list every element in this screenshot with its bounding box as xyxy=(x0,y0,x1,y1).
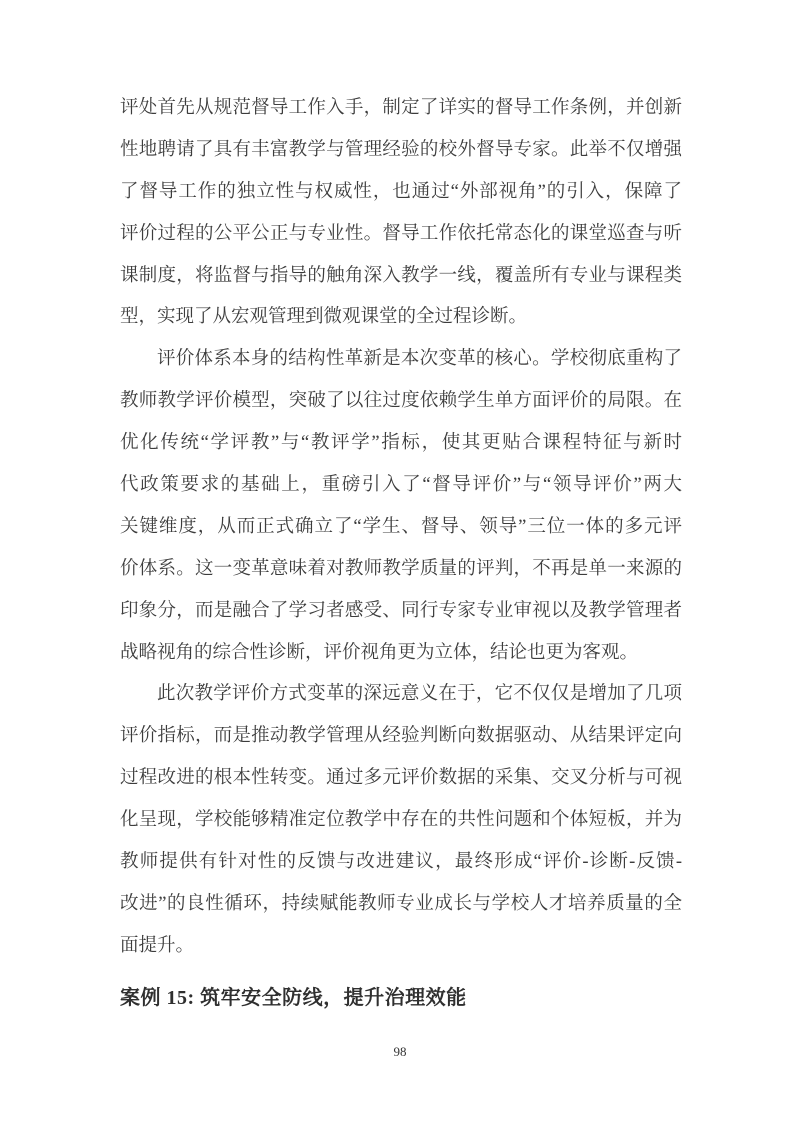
document-body: 评处首先从规范督导工作入手，制定了详实的督导工作条例，并创新性地聘请了具有丰富教… xyxy=(120,88,682,1019)
text-line: 关键维度，从而正式确立了“学生、督导、领导”三位一体的多元评 xyxy=(120,507,682,549)
text-line: 了督导工作的独立性与权威性，也通过“外部视角”的引入，保障了 xyxy=(120,172,682,214)
text-line: 性地聘请了具有丰富教学与管理经验的校外督导专家。此举不仅增强 xyxy=(120,130,682,172)
text-line: 价体系。这一变革意味着对教师教学质量的评判，不再是单一来源的 xyxy=(120,549,682,591)
text-line: 优化传统“学评教”与“教评学”指标，使其更贴合课程特征与新时 xyxy=(120,423,682,465)
text-line: 教师提供有针对性的反馈与改进建议，最终形成“评价-诊断-反馈- xyxy=(120,842,682,884)
text-line: 改进”的良性循环，持续赋能教师专业成长与学校人才培养质量的全 xyxy=(120,884,682,926)
text-line: 评处首先从规范督导工作入手，制定了详实的督导工作条例，并创新 xyxy=(120,88,682,130)
text-line: 评价过程的公平公正与专业性。督导工作依托常态化的课堂巡查与听 xyxy=(120,214,682,256)
section-heading-case-15: 案例 15: 筑牢安全防线，提升治理效能 xyxy=(120,977,682,1019)
text-line: 评价体系本身的结构性革新是本次变革的核心。学校彻底重构了 xyxy=(120,339,682,381)
text-line: 评价指标，而是推动教学管理从经验判断向数据驱动、从结果评定向 xyxy=(120,716,682,758)
text-line: 战略视角的综合性诊断，评价视角更为立体，结论也更为客观。 xyxy=(120,633,682,675)
text-line: 印象分，而是融合了学习者感受、同行专家专业审视以及教学管理者 xyxy=(120,591,682,633)
text-line: 过程改进的根本性转变。通过多元评价数据的采集、交叉分析与可视 xyxy=(120,758,682,800)
paragraph: 评价体系本身的结构性革新是本次变革的核心。学校彻底重构了教师教学评价模型，突破了… xyxy=(120,339,682,674)
text-line: 化呈现，学校能够精准定位教学中存在的共性问题和个体短板，并为 xyxy=(120,800,682,842)
text-line: 代政策要求的基础上，重磅引入了“督导评价”与“领导评价”两大 xyxy=(120,465,682,507)
text-line: 型，实现了从宏观管理到微观课堂的全过程诊断。 xyxy=(120,297,682,339)
text-line: 教师教学评价模型，突破了以往过度依赖学生单方面评价的局限。在 xyxy=(120,381,682,423)
text-line: 课制度，将监督与指导的触角深入教学一线，覆盖所有专业与课程类 xyxy=(120,256,682,298)
text-line: 面提升。 xyxy=(120,926,682,968)
paragraph: 评处首先从规范督导工作入手，制定了详实的督导工作条例，并创新性地聘请了具有丰富教… xyxy=(120,88,682,339)
document-page: 评处首先从规范督导工作入手，制定了详实的督导工作条例，并创新性地聘请了具有丰富教… xyxy=(0,0,800,1131)
text-line: 此次教学评价方式变革的深远意义在于，它不仅仅是增加了几项 xyxy=(120,674,682,716)
page-number: 98 xyxy=(0,1044,800,1060)
paragraph: 此次教学评价方式变革的深远意义在于，它不仅仅是增加了几项评价指标，而是推动教学管… xyxy=(120,674,682,967)
